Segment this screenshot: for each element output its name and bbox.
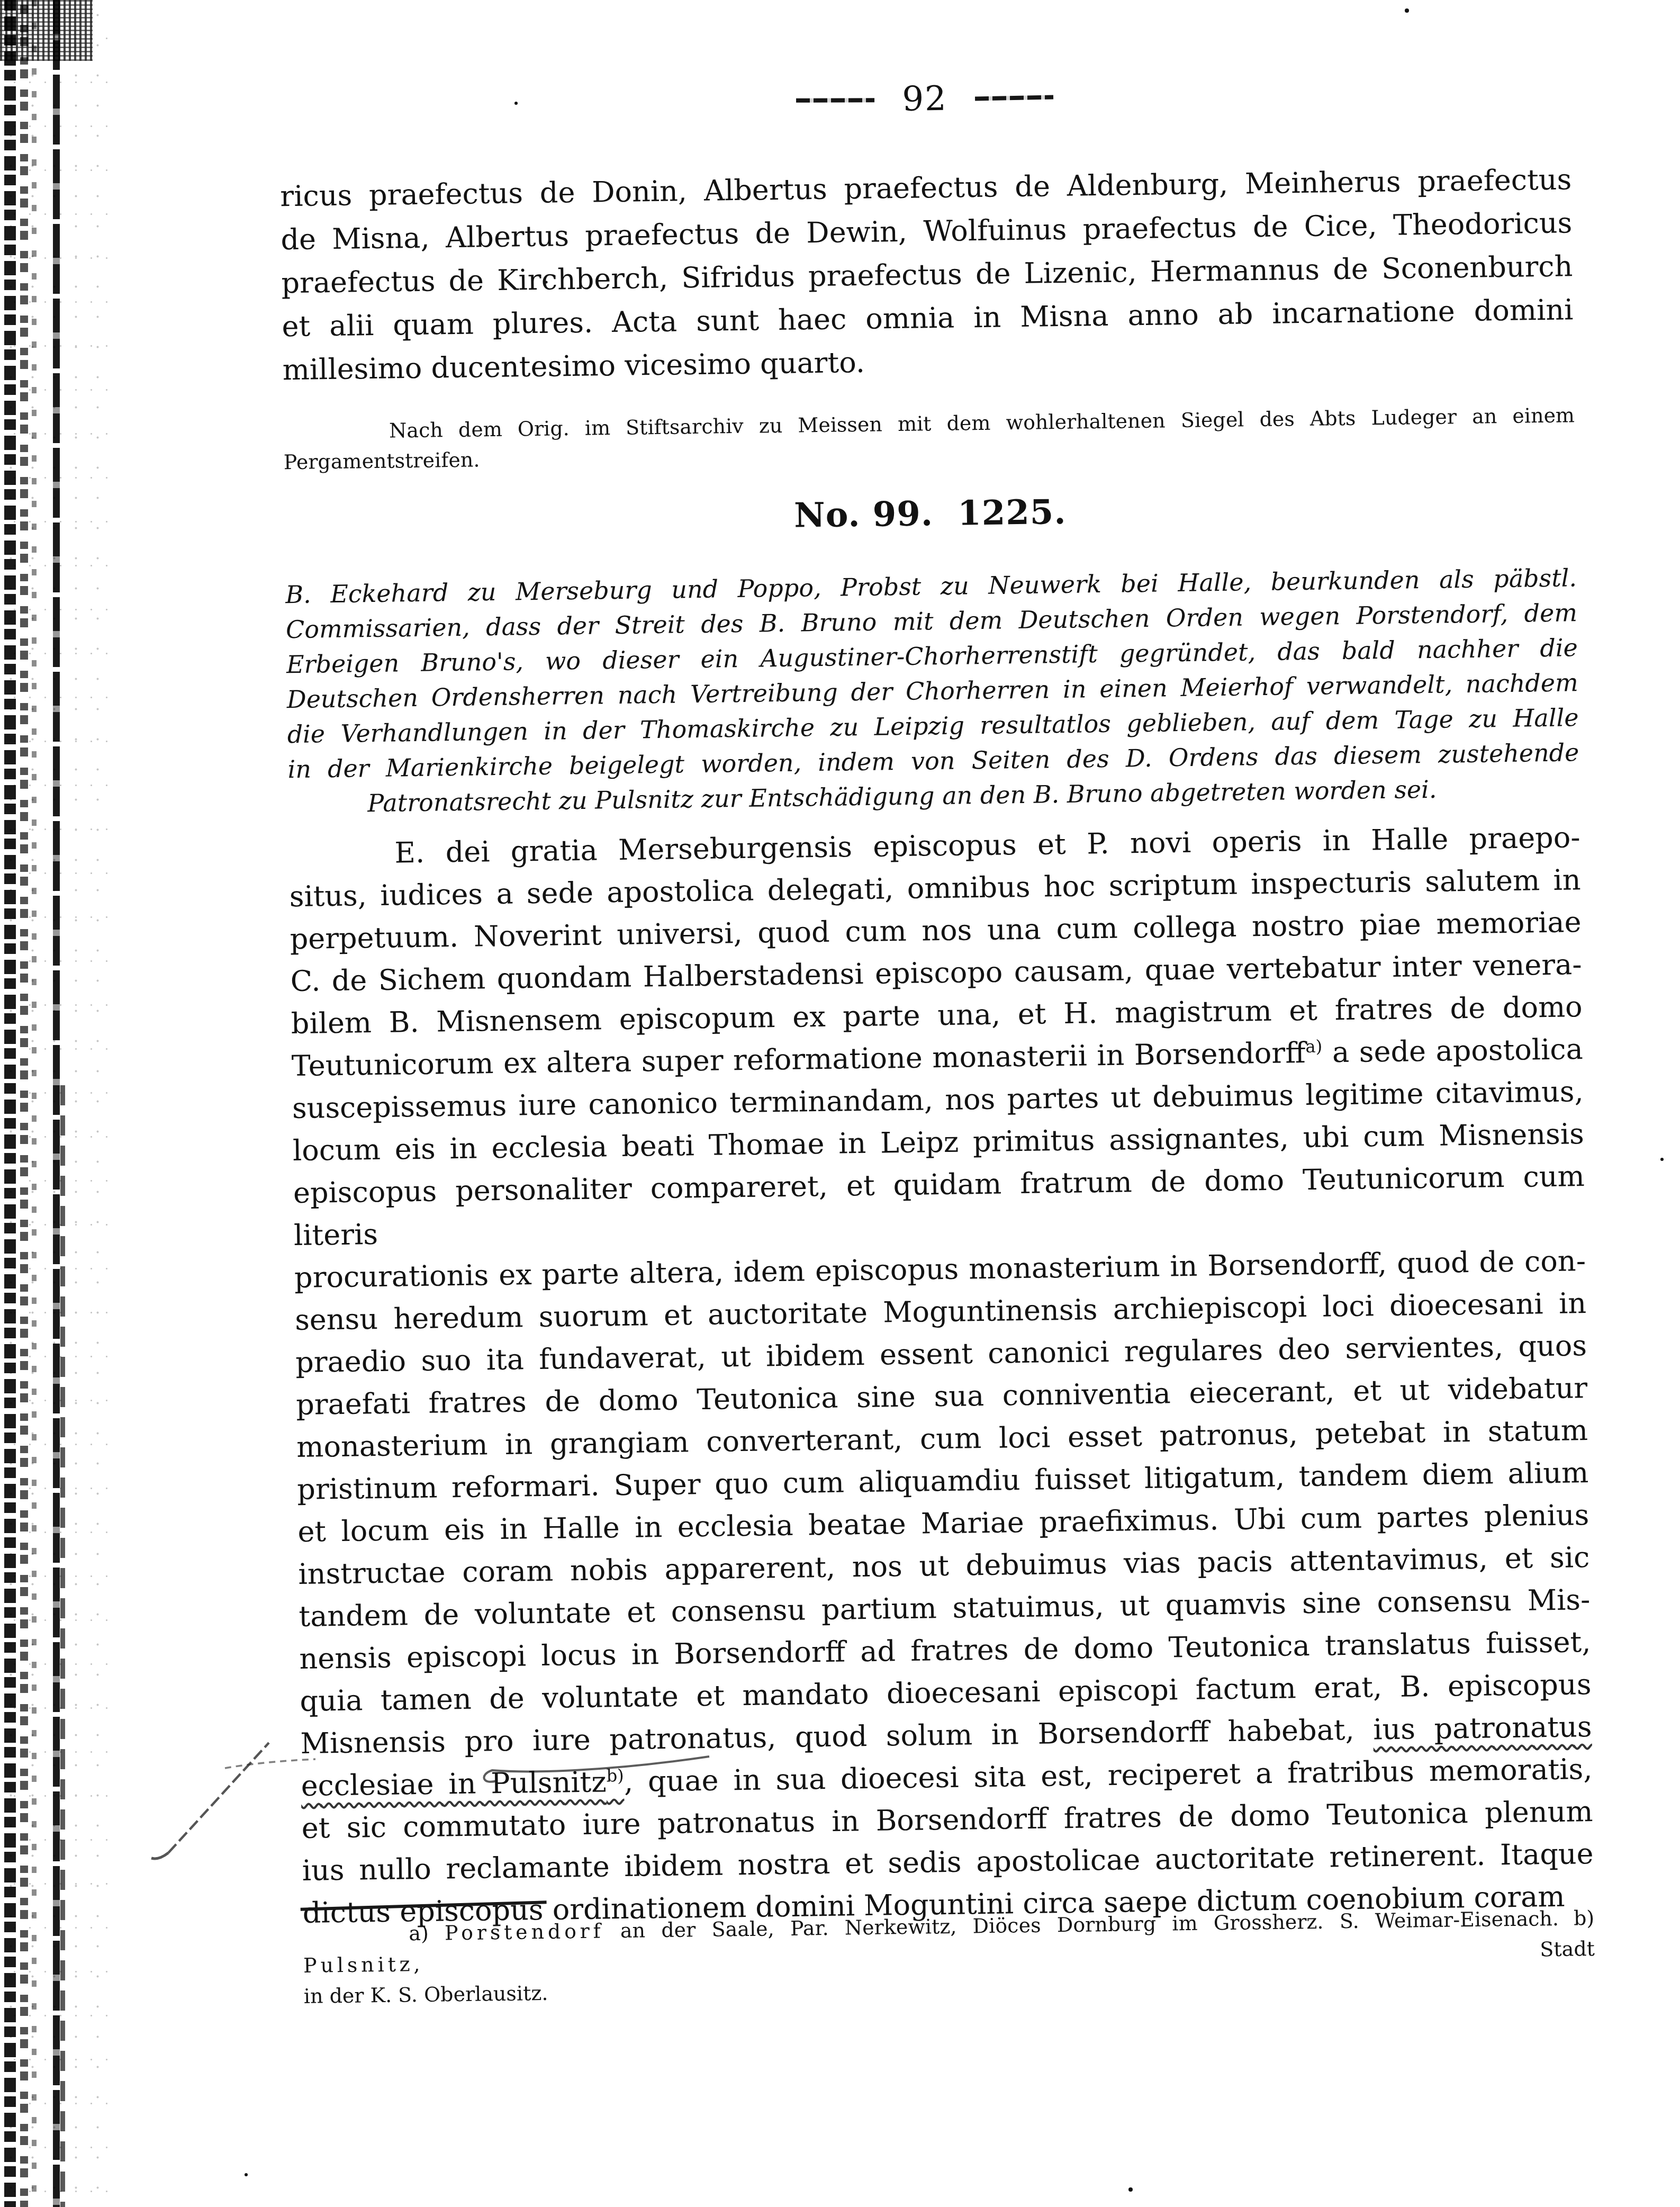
- intro-paragraph: ricus praefectus de Donin, Albertus prae…: [280, 158, 1574, 392]
- charter-line: episcopus personaliter compareret, et qu…: [293, 1155, 1585, 1257]
- charter-line-text: ecclesiae in Pulsnitz: [301, 1765, 607, 1803]
- footnote-marker-a: a): [409, 1922, 429, 1945]
- charter-summary: B. Eckehard zu Merseburg und Poppo, Prob…: [285, 560, 1580, 822]
- footnote-ref-b: b): [606, 1765, 624, 1786]
- charter-line-text: , quae in sua dioecesi sita est, reciper…: [624, 1752, 1593, 1798]
- page-header: 92: [279, 67, 1571, 131]
- charter-year: 1225.: [958, 491, 1067, 536]
- footnote: a) Porstendorf an der Saale, Par. Nerkew…: [303, 1903, 1595, 2012]
- provenance-note: Nach dem Orig. im Stiftsarchiv zu Meisse…: [283, 400, 1575, 478]
- header-dash-right: [975, 95, 1053, 101]
- scanned-book-page: 92 ricus praefectus de Donin, Albertus p…: [0, 0, 1680, 2207]
- charter-line-text: a sede apostolica: [1322, 1032, 1583, 1069]
- page-content: 92 ricus praefectus de Donin, Albertus p…: [0, 0, 1680, 2207]
- pencil-underlined-phrase: ecclesiae in Pulsnitzb): [301, 1765, 624, 1803]
- footnote-marker-b: b): [1574, 1906, 1595, 1930]
- charter-body: E. dei gratia Merseburgensis episcopus e…: [288, 816, 1594, 1934]
- charter-number: No. 99.: [794, 492, 934, 537]
- header-dash-left: [796, 98, 874, 102]
- page-number: 92: [902, 75, 948, 123]
- footnote-ref-a: a): [1305, 1037, 1322, 1057]
- pencil-underlined-phrase: ius patronatus: [1373, 1710, 1592, 1746]
- charter-heading: No. 99. 1225.: [284, 484, 1576, 544]
- footnote-place-b: Pulsnitz: [303, 1952, 414, 1977]
- footnote-place-a: Porstendorf: [445, 1920, 604, 1945]
